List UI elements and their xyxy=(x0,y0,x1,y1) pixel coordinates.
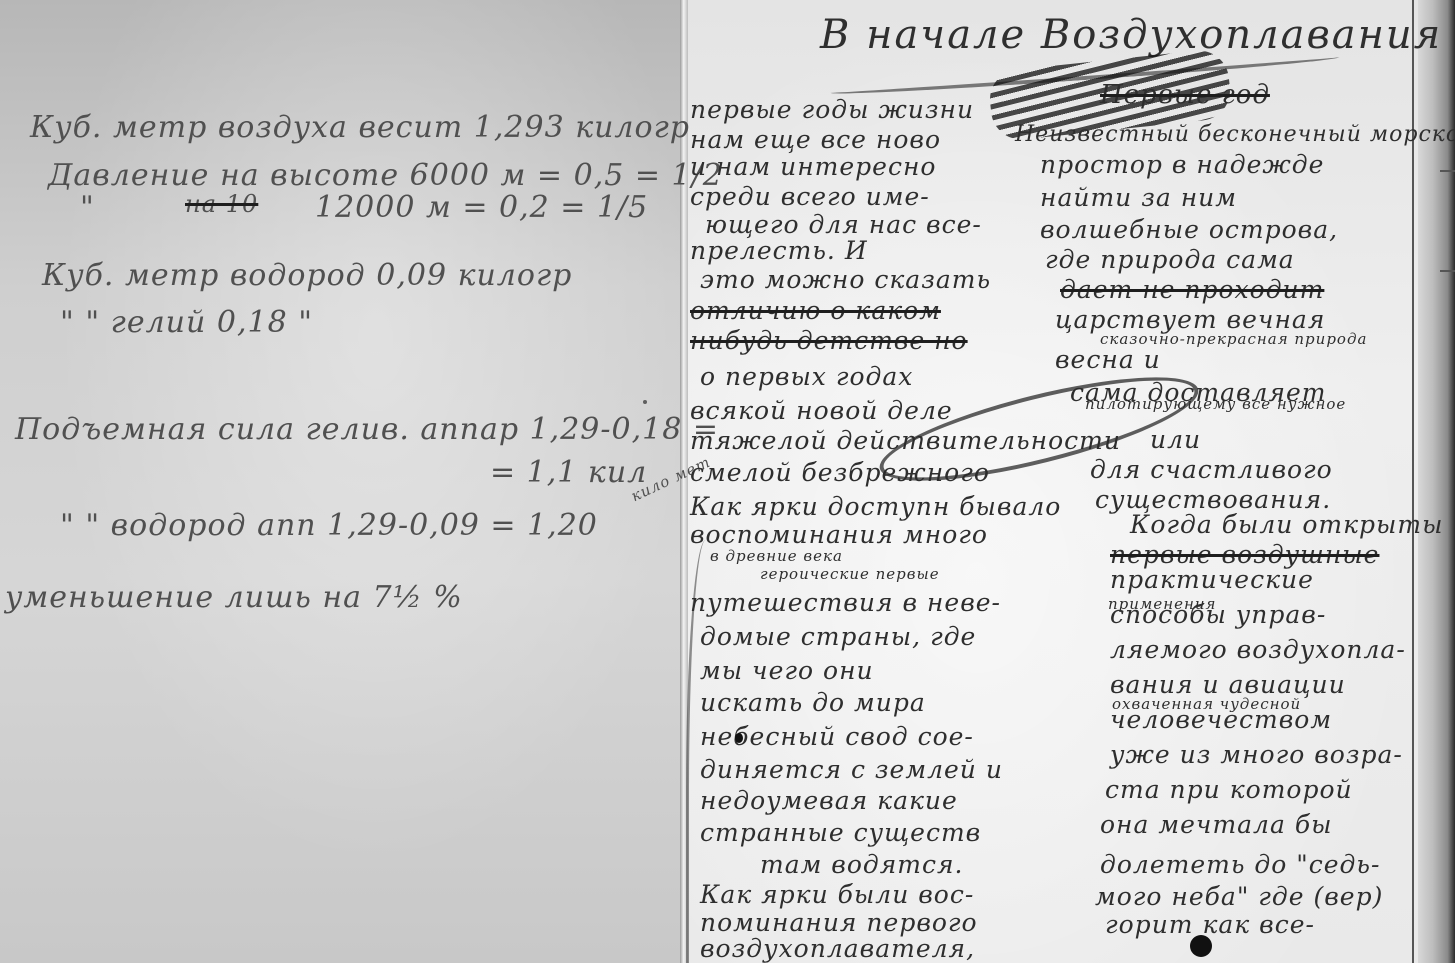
text-line: прелесть. И xyxy=(690,236,868,265)
struck-title-note: Первые год xyxy=(1100,80,1270,110)
text-line: путешествия в неве- xyxy=(690,588,1001,617)
text-line: горит как все- xyxy=(1105,910,1315,939)
text-line: " " водород апп 1,29-0,09 = 1,20 xyxy=(60,508,598,543)
text-line: нам еще все ново xyxy=(690,125,941,154)
text-line: Подъемная сила гелив. аппар 1,29-0,18 = xyxy=(15,412,719,447)
text-line: Как ярки доступн бывало xyxy=(690,492,1061,521)
text-line: Куб. метр водород 0,09 килогр xyxy=(42,258,572,293)
struck-text: отличию о каком xyxy=(690,296,941,325)
text-line: искать до мира xyxy=(700,688,926,717)
text-line: Как ярки были вос- xyxy=(700,880,974,909)
text-line: о первых годах xyxy=(700,362,913,391)
text-line: первые годы жизни xyxy=(690,95,974,124)
text-line: уменьшение лишь на 7½ % xyxy=(5,580,463,615)
inserted-text: героические первые xyxy=(760,565,940,583)
text-line: весна и xyxy=(1055,345,1161,374)
struck-text: дает не проходит xyxy=(1060,275,1324,304)
page-edge-mark xyxy=(1440,270,1455,272)
text-line: способы управ- xyxy=(1110,600,1326,629)
text-line: = 1,1 кил xyxy=(490,455,647,490)
page-edge-mark xyxy=(1440,170,1455,172)
text-line: мого неба" где (вер) xyxy=(1095,882,1383,911)
text-line: недоумевая какие xyxy=(700,786,958,815)
text-line: воздухоплавателя, xyxy=(700,934,975,963)
inserted-text: в древние века xyxy=(710,547,843,565)
text-line: уже из много возра- xyxy=(1110,740,1403,769)
text-line: найти за ним xyxy=(1040,183,1237,212)
text-line: 12000 м = 0,2 = 1/5 xyxy=(315,190,648,225)
text-line: для счастливого xyxy=(1090,455,1333,484)
ink-speck xyxy=(643,400,647,404)
text-line: Когда были открыты xyxy=(1130,510,1443,539)
text-line: долететь до "седь- xyxy=(1100,850,1380,879)
text-line: там водятся. xyxy=(760,850,964,879)
text-line: всякой новой деле xyxy=(690,396,953,425)
text-line: она мечтала бы xyxy=(1100,810,1332,839)
ink-blot xyxy=(1190,935,1212,957)
text-line: странные существ xyxy=(700,818,981,847)
text-line: Куб. метр воздуха весит 1,293 килогр xyxy=(30,110,690,145)
page-title: В начале Воздухоплавания xyxy=(820,12,1442,58)
text-line: домые страны, где xyxy=(700,622,976,651)
text-line: ющего для нас все- xyxy=(705,210,982,239)
struck-text: нибудь детстве но xyxy=(690,326,968,355)
text-line: и нам интересно xyxy=(690,152,936,181)
text-line: это можно сказать xyxy=(700,265,991,294)
text-line: или xyxy=(1150,425,1201,454)
text-line: мы чего они xyxy=(700,656,874,685)
ink-blot xyxy=(735,733,743,743)
text-line: " " гелий 0,18 " xyxy=(60,305,313,340)
text-line: Неизвестный бесконечный морской xyxy=(1015,122,1455,147)
text-line: где природа сама xyxy=(1045,245,1295,274)
text-line: среди всего име- xyxy=(690,182,930,211)
text-line: волшебные острова, xyxy=(1040,215,1338,244)
text-line: поминания первого xyxy=(700,908,978,937)
text-line: ста при которой xyxy=(1105,775,1353,804)
text-line: человечеством xyxy=(1110,705,1332,734)
text-line: Давление на высоте 6000 м = 0,5 = 1/2 xyxy=(48,158,723,193)
text-line: простор в надежде xyxy=(1040,150,1324,179)
struck-text: на 10 xyxy=(185,190,258,218)
text-line: ляемого воздухопла- xyxy=(1110,635,1406,664)
text-line: диняется с землей и xyxy=(700,755,1003,784)
ditto-mark: " xyxy=(80,190,95,225)
text-line: воспоминания много xyxy=(690,520,988,549)
text-line: практические xyxy=(1110,565,1314,594)
manuscript-spread: Куб. метр воздуха весит 1,293 килогр Дав… xyxy=(0,0,1455,963)
